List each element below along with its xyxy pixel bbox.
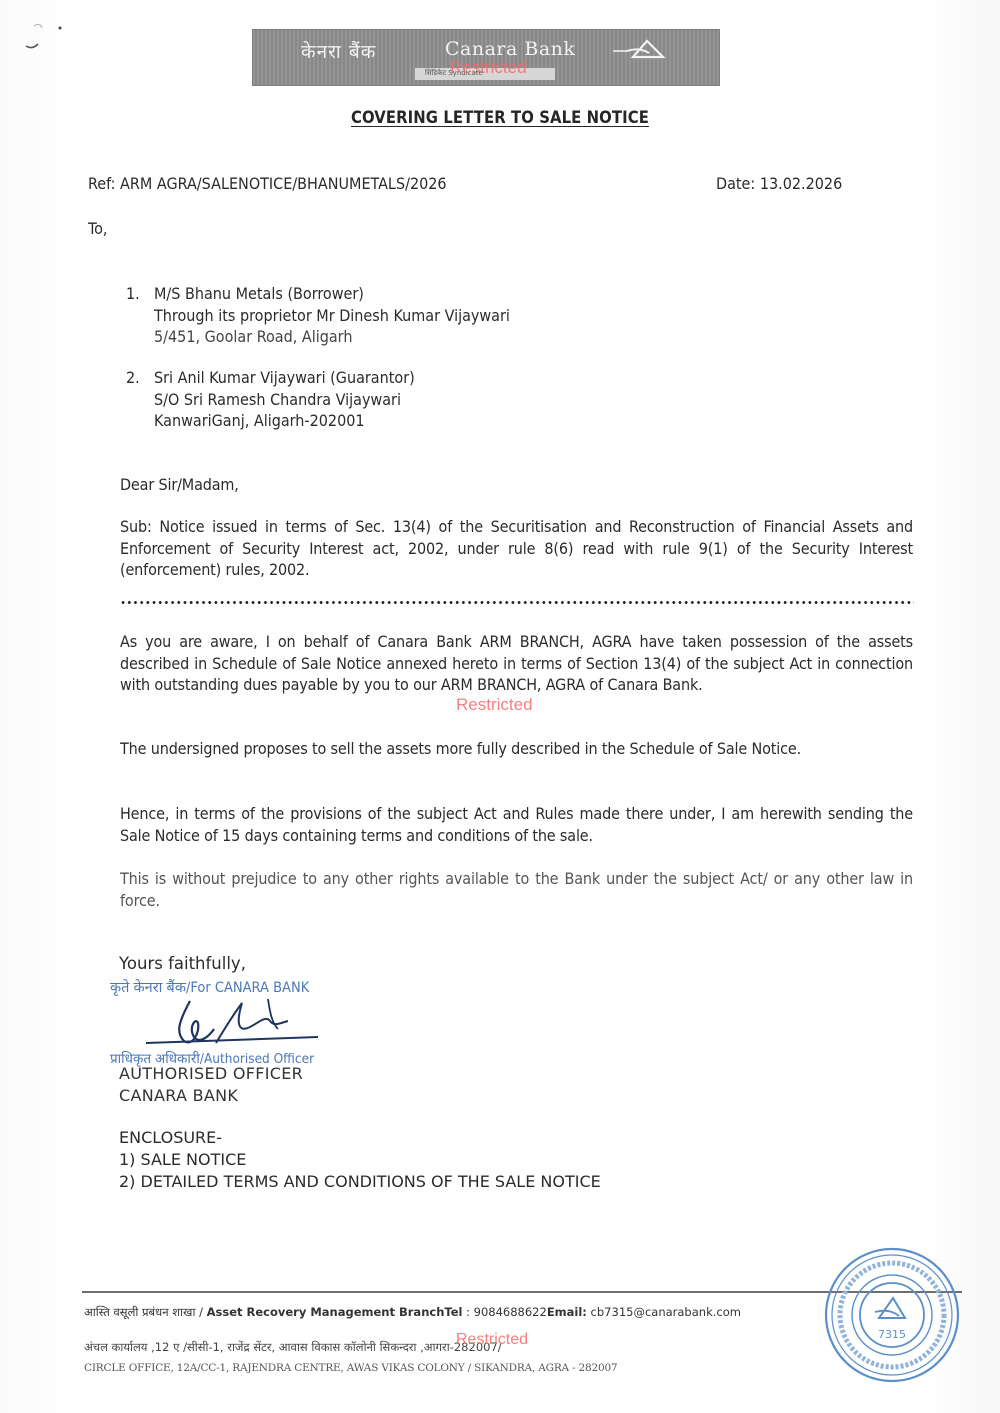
- restricted-watermark: Restricted: [456, 695, 533, 715]
- body-paragraph-proposal: The undersigned proposes to sell the ass…: [120, 738, 913, 760]
- enclosure-item: 2) DETAILED TERMS AND CONDITIONS OF THE …: [119, 1171, 601, 1193]
- signatory-title: AUTHORISED OFFICER: [119, 1063, 303, 1085]
- footer-branch-english: Asset Recovery Management Branch: [207, 1305, 445, 1319]
- addressee-line: M/S Bhanu Metals (Borrower): [154, 283, 510, 305]
- enclosure-block: ENCLOSURE- 1) SALE NOTICE 2) DETAILED TE…: [119, 1127, 601, 1193]
- restricted-watermark: Restricted: [456, 1331, 528, 1349]
- addressee-line: 5/451, Goolar Road, Aligarh: [154, 326, 510, 348]
- footer-address-hindi: अंचल कार्यालय ,12 ए /सीसी-1, राजेंद्र से…: [84, 1340, 502, 1355]
- footer-email-value: cb7315@canarabank.com: [587, 1305, 741, 1319]
- addressee-line: S/O Sri Ramesh Chandra Vijaywari: [154, 389, 415, 411]
- bank-name-english: Canara Bank: [445, 38, 575, 60]
- addressee-number: 2.: [126, 367, 140, 389]
- to-label: To,: [88, 218, 107, 240]
- bank-seal-stamp: 7315: [823, 1246, 961, 1384]
- body-paragraph-possession: As you are aware, I on behalf of Canara …: [120, 631, 913, 696]
- signatory-block: AUTHORISED OFFICER CANARA BANK: [119, 1063, 303, 1107]
- addressee-line: Sri Anil Kumar Vijaywari (Guarantor): [154, 367, 415, 389]
- enclosure-item: 1) SALE NOTICE: [119, 1149, 601, 1171]
- document-page: केनरा बैंक Canara Bank सिंडिकेट Syndicat…: [0, 0, 1000, 1413]
- footer-address-english: CIRCLE OFFICE, 12A/CC-1, RAJENDRA CENTRE…: [84, 1362, 617, 1374]
- canara-bank-logo-icon: [613, 37, 669, 61]
- letter-date: Date: 13.02.2026: [716, 173, 842, 195]
- closing-line: Yours faithfully,: [119, 954, 246, 973]
- seal-branch-code: 7315: [878, 1328, 906, 1341]
- footer-tel-label: Tel: [444, 1305, 462, 1319]
- addressee-line: Through its proprietor Mr Dinesh Kumar V…: [154, 305, 510, 327]
- addressee-number: 1.: [126, 283, 140, 305]
- signatory-organization: CANARA BANK: [119, 1085, 303, 1107]
- body-paragraph-without-prejudice: This is without prejudice to any other r…: [120, 868, 913, 911]
- footer-branch-hindi: आस्ति वसूली प्रबंधन शाखा /: [84, 1305, 207, 1319]
- bank-name-hindi: केनरा बैंक: [301, 38, 376, 64]
- salutation: Dear Sir/Madam,: [120, 474, 913, 496]
- body-paragraph-sale-notice: Hence, in terms of the provisions of the…: [120, 803, 913, 846]
- footer-tel-value: : 9084688622: [462, 1305, 546, 1319]
- enclosure-heading: ENCLOSURE-: [119, 1127, 601, 1149]
- dotted-separator: [120, 600, 914, 605]
- restricted-watermark: Restricted: [450, 58, 527, 78]
- scan-artifact-mark: [22, 18, 62, 52]
- footer-email-label: Email:: [547, 1305, 587, 1319]
- subject-line: Sub: Notice issued in terms of Sec. 13(4…: [120, 516, 913, 581]
- addressee-line: KanwariGanj, Aligarh-202001: [154, 410, 415, 432]
- reference-number: Ref: ARM AGRA/SALENOTICE/BHANUMETALS/202…: [88, 173, 447, 195]
- footer-contact-line: आस्ति वसूली प्रबंधन शाखा / Asset Recover…: [84, 1305, 741, 1320]
- document-title: COVERING LETTER TO SALE NOTICE: [0, 108, 1000, 127]
